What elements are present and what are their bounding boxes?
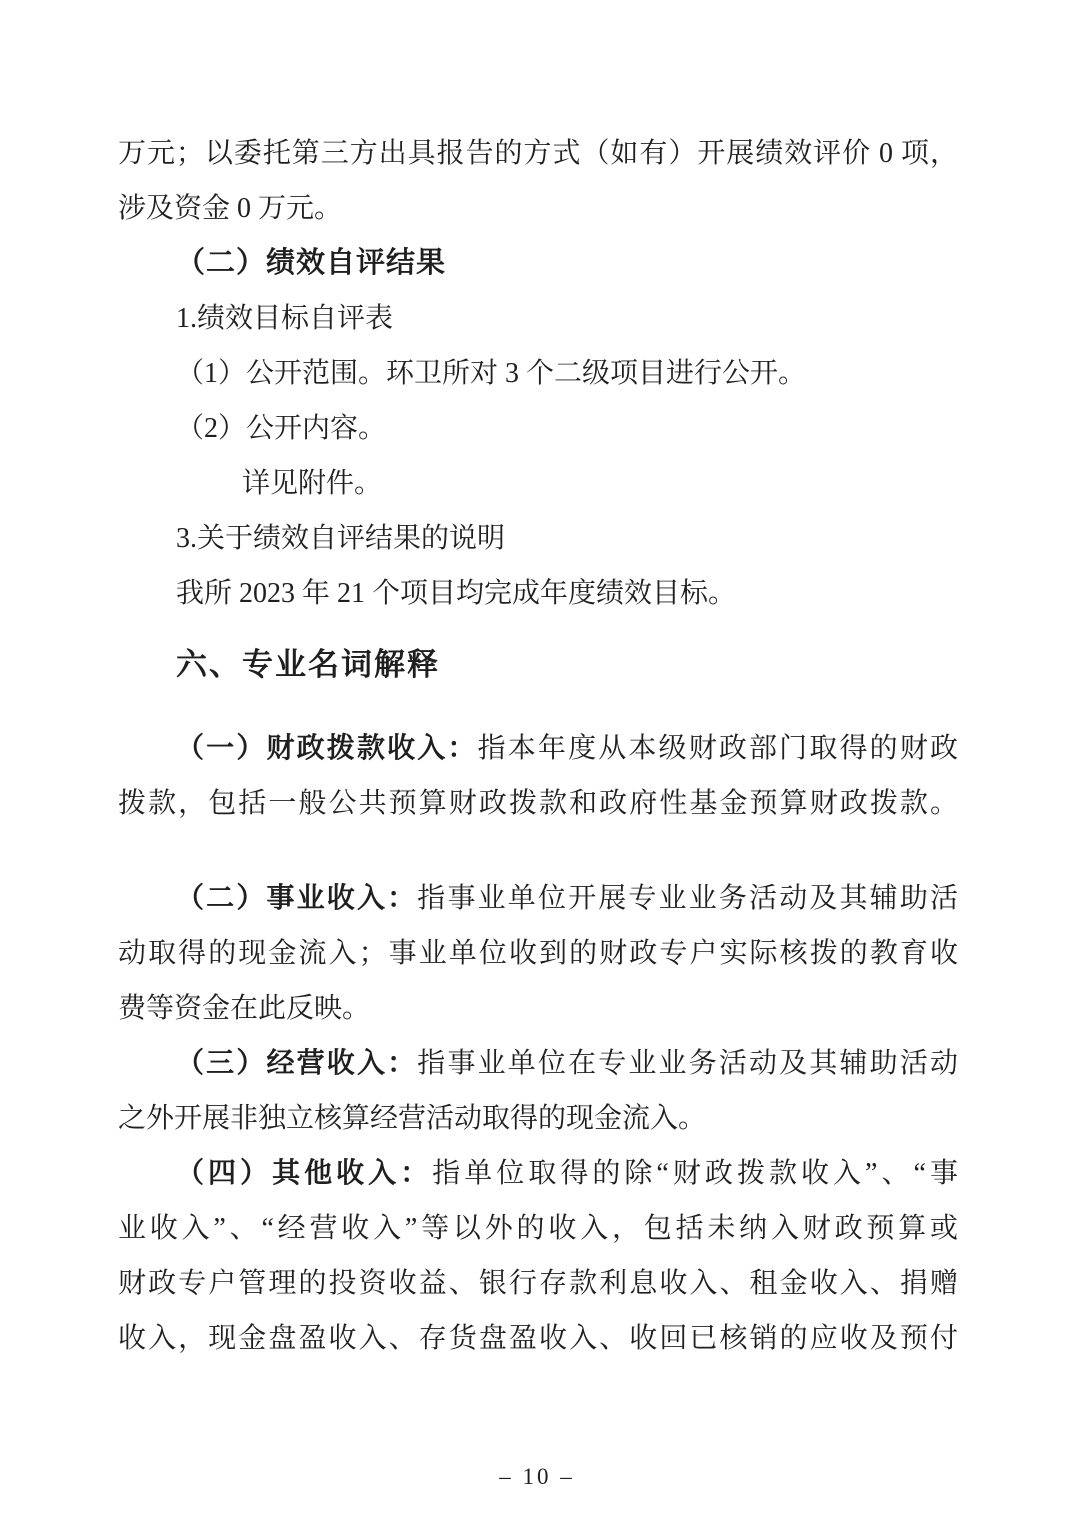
term-other-income-text: 指单位取得的除“财政拨款收入”、“事 <box>432 1158 958 1189</box>
term-other-income-line-1: （四）其他收入：指单位取得的除“财政拨款收入”、“事 <box>118 1146 958 1201</box>
document-page: 万元；以委托第三方出具报告的方式（如有）开展绩效评价 0 项， 涉及资金 0 万… <box>0 0 1074 1520</box>
subsection-heading-performance-self-assessment-results: （二）绩效自评结果 <box>118 236 958 291</box>
page-number: – 10 – <box>0 1462 1074 1492</box>
term-fiscal-appropriation-income-line-1: （一）财政拨款收入：指本年度从本级财政部门取得的财政 <box>118 721 958 776</box>
continued-paragraph-line-2: 涉及资金 0 万元。 <box>118 181 958 236</box>
line-see-attachment: 详见附件。 <box>118 456 958 511</box>
term-operating-income-line-1: （三）经营收入：指事业单位在专业业务活动及其辅助活动 <box>118 1036 958 1091</box>
document-body: 万元；以委托第三方出具报告的方式（如有）开展绩效评价 0 项， 涉及资金 0 万… <box>118 126 958 1366</box>
term-operating-income-text: 指事业单位在专业业务活动及其辅助活动 <box>417 1048 958 1079</box>
line-self-assessment-result-note: 3.关于绩效自评结果的说明 <box>118 511 958 566</box>
term-institutional-income-text: 指事业单位开展专业业务活动及其辅助活 <box>417 883 958 914</box>
term-institutional-income-line-1: （二）事业收入：指事业单位开展专业业务活动及其辅助活 <box>118 871 958 926</box>
continued-paragraph-line-1: 万元；以委托第三方出具报告的方式（如有）开展绩效评价 0 项， <box>118 126 958 181</box>
term-operating-income-label: （三）经营收入： <box>176 1048 417 1079</box>
line-projects-completed: 我所 2023 年 21 个项目均完成年度绩效目标。 <box>118 566 958 621</box>
term-fiscal-appropriation-income-text: 指本年度从本级财政部门取得的财政 <box>478 733 958 764</box>
term-institutional-income-line-2: 动取得的现金流入；事业单位收到的财政专户实际核拨的教育收 <box>118 926 958 981</box>
term-other-income-label: （四）其他收入： <box>176 1158 432 1189</box>
term-operating-income-line-2: 之外开展非独立核算经营活动取得的现金流入。 <box>118 1091 958 1146</box>
term-institutional-income-line-3: 费等资金在此反映。 <box>118 981 958 1036</box>
term-fiscal-appropriation-income-label: （一）财政拨款收入： <box>176 733 478 764</box>
section-heading-terminology: 六、专业名词解释 <box>118 637 958 692</box>
line-performance-target-self-assessment-table: 1.绩效目标自评表 <box>118 291 958 346</box>
term-institutional-income-label: （二）事业收入： <box>176 883 417 914</box>
term-other-income-line-3: 财政专户管理的投资收益、银行存款利息收入、租金收入、捐赠 <box>118 1256 958 1311</box>
term-other-income-line-4: 收入，现金盘盈收入、存货盘盈收入、收回已核销的应收及预付 <box>118 1311 958 1366</box>
term-fiscal-appropriation-income-line-2: 拨款，包括一般公共预算财政拨款和政府性基金预算财政拨款。 <box>118 776 958 831</box>
line-disclosure-content: （2）公开内容。 <box>118 401 958 456</box>
term-other-income-line-2: 业收入”、“经营收入”等以外的收入，包括未纳入财政预算或 <box>118 1201 958 1256</box>
line-disclosure-scope: （1）公开范围。环卫所对 3 个二级项目进行公开。 <box>118 346 958 401</box>
